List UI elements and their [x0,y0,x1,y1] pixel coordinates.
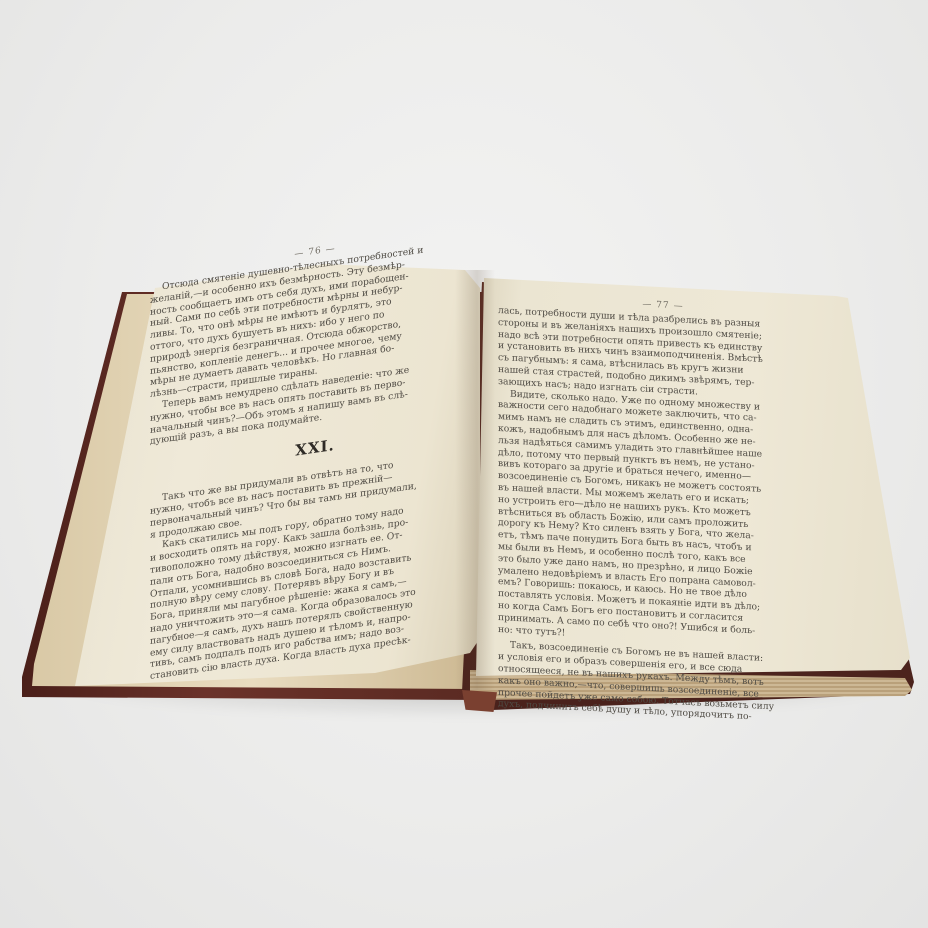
cover-flap [462,690,497,712]
right-page-text: — 77 — лась, потребности души и тѣла раз… [498,292,828,649]
left-page-text: — 76 — Отсюда смятеніе душевно-тѣлесныхъ… [150,224,480,630]
right-page-paragraphs: лась, потребности души и тѣла разбрелись… [498,305,828,653]
photo-scene: — 76 — Отсюда смятеніе душевно-тѣлесныхъ… [0,0,928,928]
